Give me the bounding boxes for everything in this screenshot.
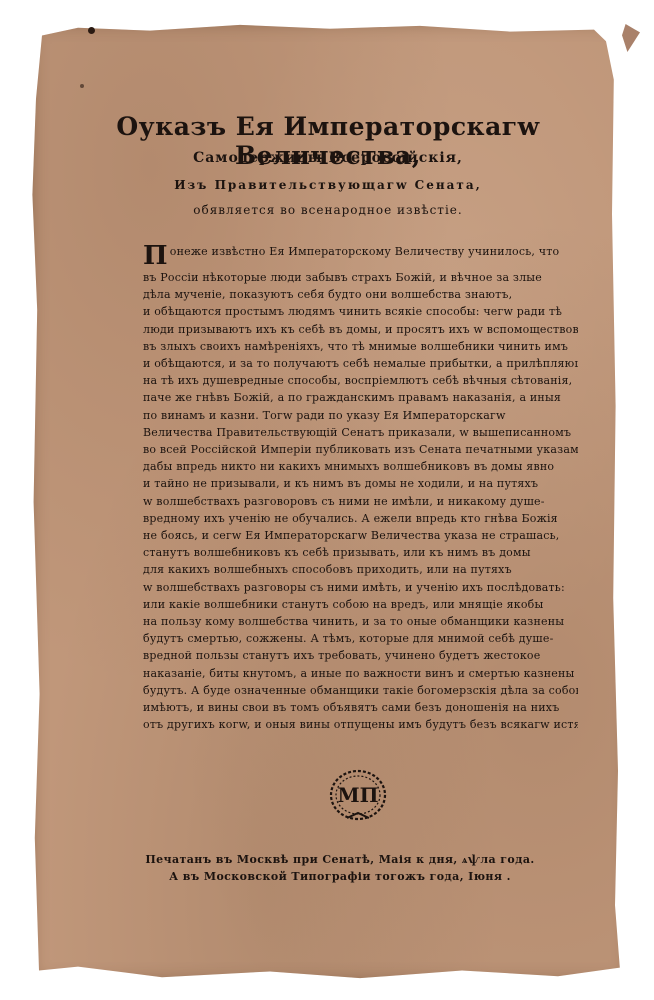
ink-spot (88, 27, 95, 34)
body-line: вредному ихъ ученію не обучались. А ежел… (143, 510, 578, 527)
ink-spot (80, 84, 84, 88)
imprint-line-2: А въ Московской Типографіи тогожъ года, … (120, 870, 560, 883)
monogram-text: МП (337, 783, 378, 807)
body-line: будутъ. А буде означенные обманщики такі… (143, 682, 578, 699)
body-line: или какіе волшебники станутъ собою на вр… (143, 596, 578, 613)
body-line: въ Россіи нѣкоторые люди забывъ страхъ Б… (143, 269, 578, 286)
body-line: и обѣщаются, и за то получаютъ себѣ нема… (143, 355, 578, 372)
body-line: вредной пользы станутъ ихъ требовать, уч… (143, 647, 578, 664)
body-line: дабы впредь никто ни какихъ мнимыхъ волш… (143, 458, 578, 475)
body-line: отъ другихъ когw, и оныя вины отпущены и… (143, 716, 578, 733)
body-line: не боясь, и сегw Ея Императорскагw Велич… (143, 527, 578, 544)
monogram-wreath-emblem: МП (325, 766, 391, 824)
body-line: дѣла мученіе, показуютъ себя будто они в… (143, 286, 578, 303)
body-line: люди призываютъ ихъ къ себѣ въ домы, и п… (143, 321, 578, 338)
decree-subtitle-1: Самодержицы Всероссійскія, (108, 150, 548, 166)
decree-subtitle-2: Изъ Правительствующагw Сената, (108, 178, 548, 192)
decree-body: Понеже извѣстно Ея Императорскому Величе… (143, 243, 578, 733)
body-line: и обѣщаются простымъ людямъ чинить всякі… (143, 303, 578, 320)
torn-paper-corner (622, 24, 640, 52)
body-line: имѣютъ, и вины свои въ томъ объявятъ сам… (143, 699, 578, 716)
body-line: паче же гнѣвъ Божій, а по гражданскимъ п… (143, 389, 578, 406)
body-line: на пользу кому волшебства чинить, и за т… (143, 613, 578, 630)
body-line: станутъ волшебниковъ къ себѣ призывать, … (143, 544, 578, 561)
body-line: w волшебствахъ разговоры съ ними имѣть, … (143, 579, 578, 596)
body-line: во всей Россійской Имперіи публиковать и… (143, 441, 578, 458)
imprint-line-1: Печатанъ въ Москвѣ при Сенатѣ, Маія к дн… (120, 853, 560, 866)
body-line: w волшебствахъ разговоровъ съ ними не им… (143, 493, 578, 510)
body-line: по винамъ и казни. Тогw ради по указу Ея… (143, 407, 578, 424)
body-line: и тайно не призывали, и къ нимъ въ домы … (143, 475, 578, 492)
body-line: въ злыхъ своихъ намѣреніяхъ, что тѣ мним… (143, 338, 578, 355)
decree-subtitle-3: обявляется во всенародное извѣстіе. (108, 203, 548, 217)
body-line: Понеже извѣстно Ея Императорскому Величе… (143, 243, 578, 269)
body-line: для какихъ волшебныхъ способовъ приходит… (143, 561, 578, 578)
body-line: на тѣ ихъ душевредные способы, воспріемл… (143, 372, 578, 389)
body-line: Величества Правительствующій Сенатъ прик… (143, 424, 578, 441)
body-line: будутъ смертью, сожжены. А тѣмъ, которые… (143, 630, 578, 647)
body-line: наказаніе, биты кнутомъ, а иные по важно… (143, 665, 578, 682)
